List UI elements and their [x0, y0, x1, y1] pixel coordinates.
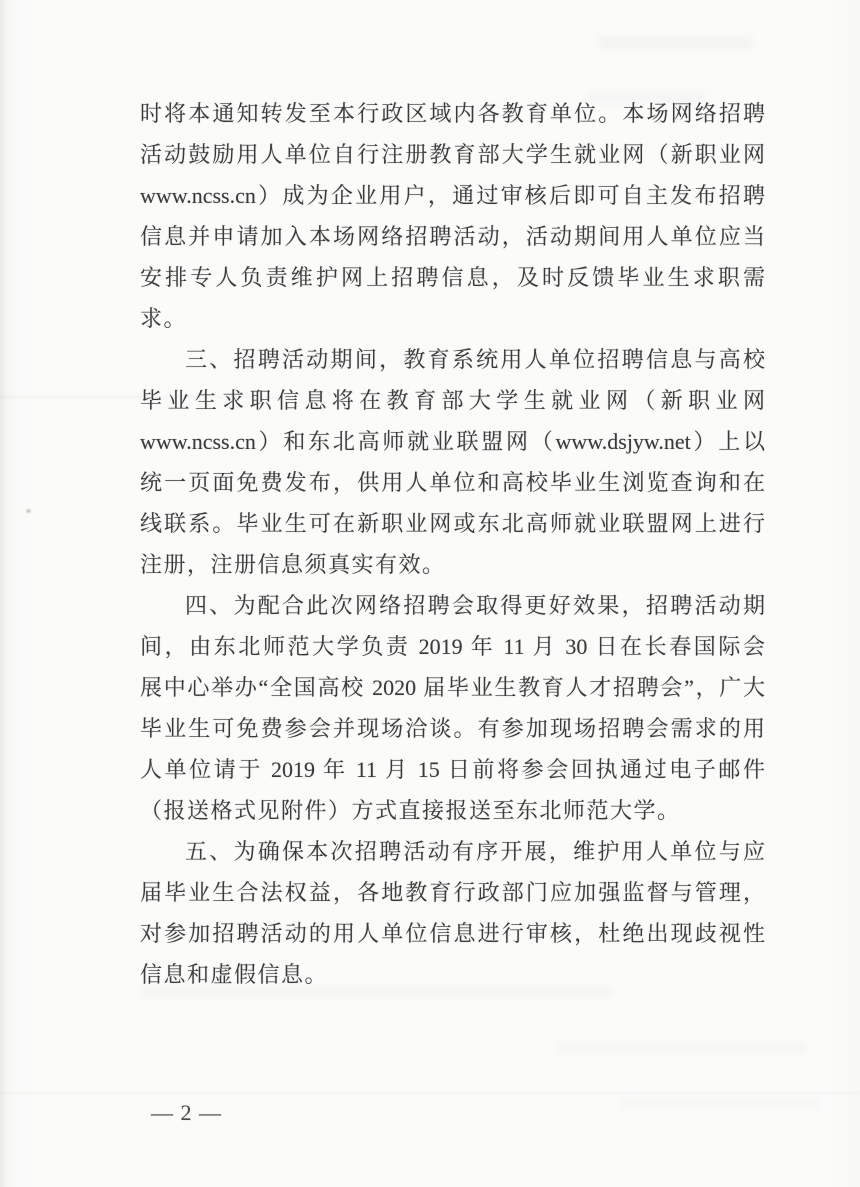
text-line: 时将本通知转发至本行政区域内各教育单位。本场网络招聘 [140, 93, 765, 134]
paragraph: 四、为配合此次网络招聘会取得更好效果，招聘活动期间，由东北师范大学负责 2019… [140, 585, 765, 831]
text-line: 届毕业生合法权益，各地教育行政部门应加强监督与管理， [140, 872, 765, 913]
text-line: 安排专人负责维护网上招聘信息，及时反馈毕业生求职需 [140, 257, 765, 298]
text-line: www.ncss.cn）成为企业用户，通过审核后即可自主发布招聘 [140, 175, 765, 216]
text-line: 求。 [140, 298, 765, 339]
text-line: 活动鼓励用人单位自行注册教育部大学生就业网（新职业网 [140, 134, 765, 175]
text-line: 毕业生求职信息将在教育部大学生就业网（新职业网 [140, 380, 765, 421]
text-line: 五、为确保本次招聘活动有序开展，维护用人单位与应 [140, 831, 765, 872]
page-number: — 2 — [151, 1100, 222, 1126]
scan-streak [0, 1092, 860, 1094]
text-line: 信息和虚假信息。 [140, 954, 765, 995]
paragraph: 时将本通知转发至本行政区域内各教育单位。本场网络招聘活动鼓励用人单位自行注册教育… [140, 93, 765, 339]
scan-smudge [620, 1098, 820, 1108]
text-line: 信息并申请加入本场网络招聘活动，活动期间用人单位应当 [140, 216, 765, 257]
text-line: 间，由东北师范大学负责 2019 年 11 月 30 日在长春国际会 [140, 626, 765, 667]
text-line: 对参加招聘活动的用人单位信息进行审核，杜绝出现歧视性 [140, 913, 765, 954]
text-line: 四、为配合此次网络招聘会取得更好效果，招聘活动期 [140, 585, 765, 626]
text-line: 展中心举办“全国高校 2020 届毕业生教育人才招聘会”，广大 [140, 667, 765, 708]
text-line: www.ncss.cn）和东北高师就业联盟网（www.dsjyw.net）上以 [140, 421, 765, 462]
scanned-document-page: 时将本通知转发至本行政区域内各教育单位。本场网络招聘活动鼓励用人单位自行注册教育… [0, 0, 860, 1187]
document-body: 时将本通知转发至本行政区域内各教育单位。本场网络招聘活动鼓励用人单位自行注册教育… [140, 93, 765, 995]
text-line: （报送格式见附件）方式直接报送至东北师范大学。 [140, 790, 765, 831]
text-line: 毕业生可免费参会并现场洽谈。有参加现场招聘会需求的用 [140, 708, 765, 749]
scan-smudge [598, 36, 753, 50]
text-line: 人单位请于 2019 年 11 月 15 日前将参会回执通过电子邮件 [140, 749, 765, 790]
text-line: 统一页面免费发布，供用人单位和高校毕业生浏览查询和在 [140, 462, 765, 503]
paragraph: 三、招聘活动期间，教育系统用人单位招聘信息与高校毕业生求职信息将在教育部大学生就… [140, 339, 765, 585]
scan-speck [26, 509, 31, 513]
text-line: 三、招聘活动期间，教育系统用人单位招聘信息与高校 [140, 339, 765, 380]
scan-smudge [556, 1042, 806, 1054]
text-line: 注册，注册信息须真实有效。 [140, 544, 765, 585]
text-line: 线联系。毕业生可在新职业网或东北高师就业联盟网上进行 [140, 503, 765, 544]
paragraph: 五、为确保本次招聘活动有序开展，维护用人单位与应届毕业生合法权益，各地教育行政部… [140, 831, 765, 995]
